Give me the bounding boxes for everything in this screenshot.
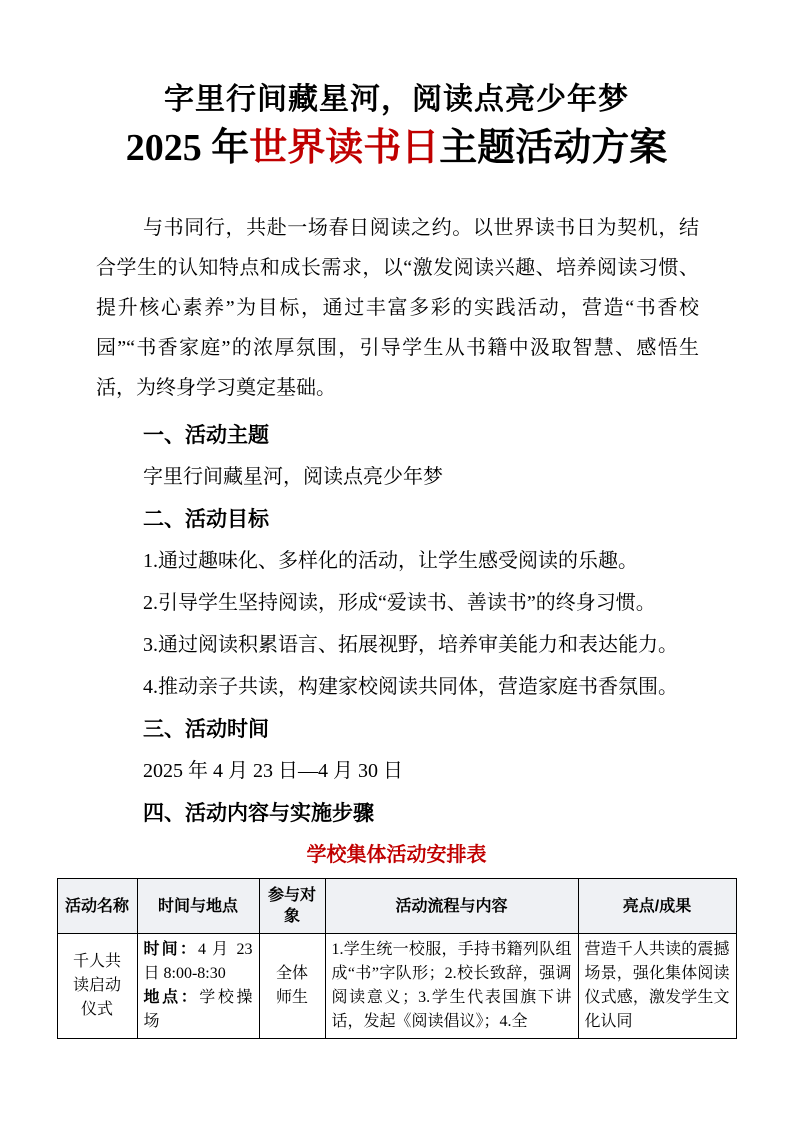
column-header-highlights: 亮点/成果 bbox=[578, 879, 736, 934]
goal-item-3: 3.通过阅读积累语言、拓展视野，培养审美能力和表达能力。 bbox=[96, 624, 711, 666]
title-year-prefix: 2025 年 bbox=[126, 127, 250, 169]
column-header-process: 活动流程与内容 bbox=[325, 879, 578, 934]
section-heading-3: 三、活动时间 bbox=[96, 708, 711, 750]
time-place-cell: 时间：4 月 23 日 8:00-8:30 地点：学校操场 bbox=[137, 934, 259, 1039]
section-heading-4: 四、活动内容与实施步骤 bbox=[96, 792, 711, 834]
document-page: 字里行间藏星河，阅读点亮少年梦 2025 年世界读书日主题活动方案 与书同行，共… bbox=[0, 0, 793, 1122]
process-cell: 1.学生统一校服，手持书籍列队组成“书”字队形；2.校长致辞，强调阅读意义；3.… bbox=[325, 934, 578, 1039]
section-heading-1: 一、活动主题 bbox=[96, 414, 711, 456]
place-label: 地点： bbox=[144, 989, 200, 1006]
time-label: 时间： bbox=[144, 941, 199, 958]
column-header-activity: 活动名称 bbox=[57, 879, 137, 934]
title-red-highlight: 世界读书日 bbox=[249, 127, 439, 169]
intro-paragraph: 与书同行，共赴一场春日阅读之约。以世界读书日为契机，结合学生的认知特点和成长需求… bbox=[96, 208, 699, 408]
place-line: 地点：学校操场 bbox=[144, 986, 253, 1034]
table-header-row: 活动名称 时间与地点 参与对象 活动流程与内容 亮点/成果 bbox=[57, 879, 736, 934]
section-heading-2: 二、活动目标 bbox=[96, 498, 711, 540]
document-title-line2: 2025 年世界读书日主题活动方案 bbox=[0, 122, 793, 174]
theme-line: 字里行间藏星河，阅读点亮少年梦 bbox=[96, 456, 711, 498]
schedule-table: 活动名称 时间与地点 参与对象 活动流程与内容 亮点/成果 千人共读启动仪式 时… bbox=[57, 878, 737, 1039]
document-body-lines: 一、活动主题 字里行间藏星河，阅读点亮少年梦 二、活动目标 1.通过趣味化、多样… bbox=[96, 414, 711, 834]
column-header-participants: 参与对象 bbox=[259, 879, 325, 934]
activity-name-cell: 千人共读启动仪式 bbox=[57, 934, 137, 1039]
title-suffix: 主题活动方案 bbox=[439, 127, 667, 169]
schedule-table-title: 学校集体活动安排表 bbox=[0, 842, 793, 868]
goal-item-2: 2.引导学生坚持阅读，形成“爱读书、善读书”的终身习惯。 bbox=[96, 582, 711, 624]
date-range-line: 2025 年 4 月 23 日—4 月 30 日 bbox=[96, 750, 711, 792]
document-title-line1: 字里行间藏星河，阅读点亮少年梦 bbox=[0, 82, 793, 118]
highlights-cell: 营造千人共读的震撼场景，强化集体阅读仪式感，激发学生文化认同 bbox=[578, 934, 736, 1039]
column-header-time-place: 时间与地点 bbox=[137, 879, 259, 934]
time-line: 时间：4 月 23 日 8:00-8:30 bbox=[144, 938, 253, 986]
table-row: 千人共读启动仪式 时间：4 月 23 日 8:00-8:30 地点：学校操场 全… bbox=[57, 934, 736, 1039]
goal-item-4: 4.推动亲子共读，构建家校阅读共同体，营造家庭书香氛围。 bbox=[96, 666, 711, 708]
goal-item-1: 1.通过趣味化、多样化的活动，让学生感受阅读的乐趣。 bbox=[96, 540, 711, 582]
participants-cell: 全体师生 bbox=[259, 934, 325, 1039]
